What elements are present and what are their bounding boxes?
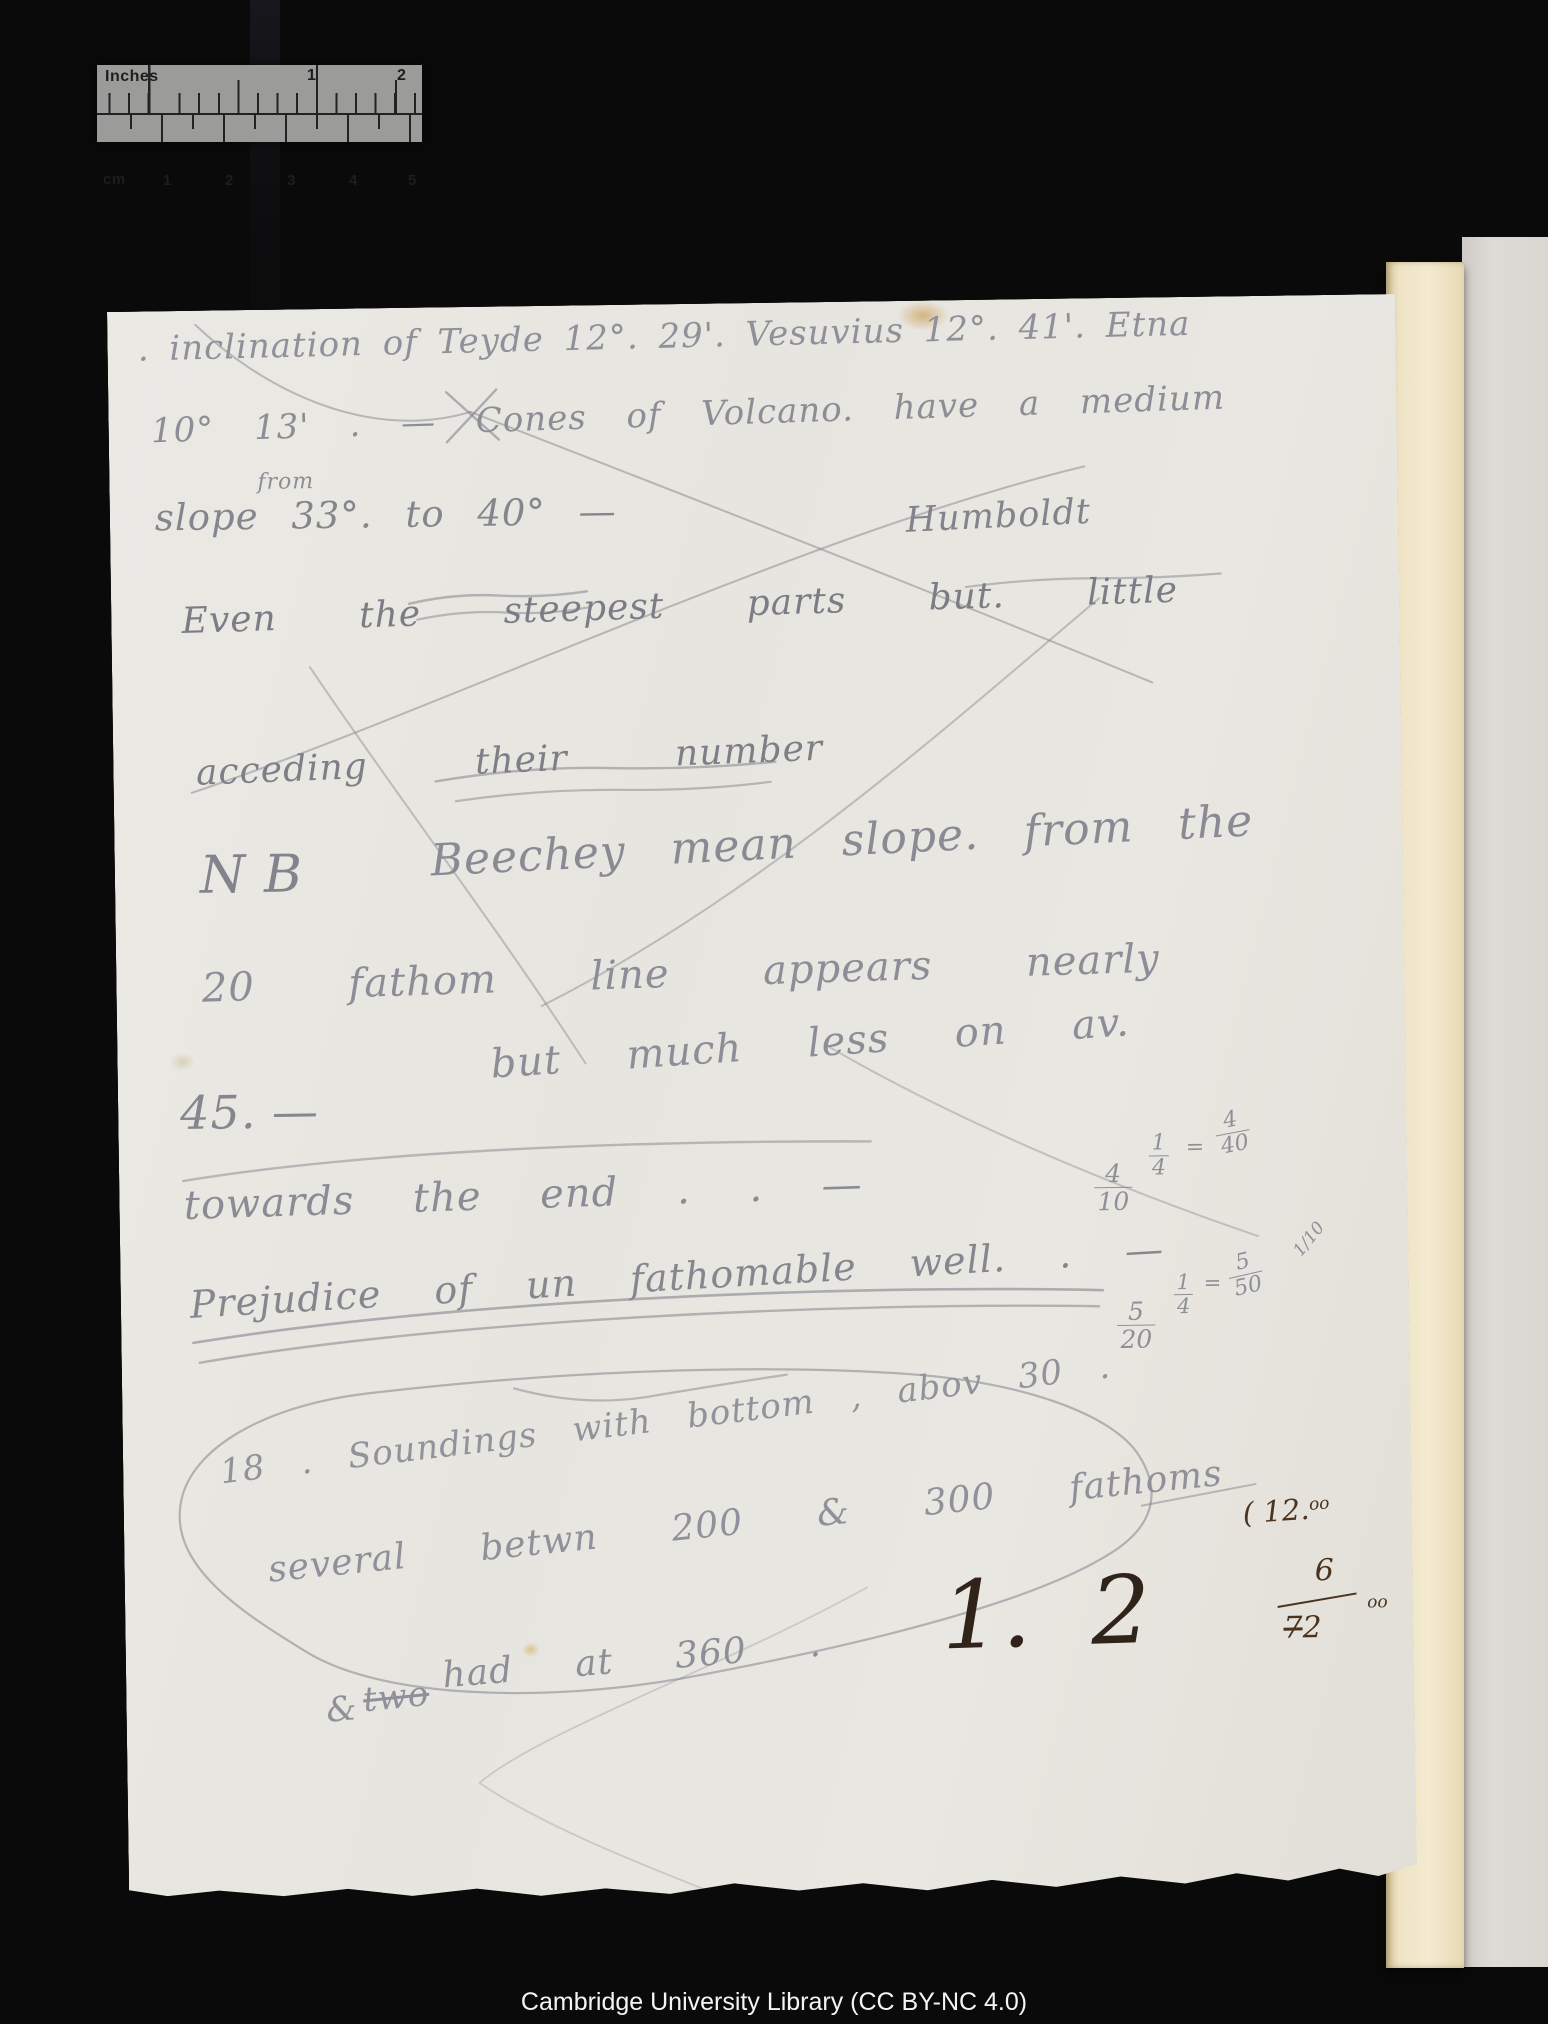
fraction: 410 [1094, 1160, 1133, 1216]
equals-sign: = [1203, 1271, 1221, 1295]
handwriting-line-much-less: but much less on av. [489, 999, 1131, 1087]
ink-amount-12: ( 12.oo [1242, 1490, 1331, 1530]
ruler-cm-number-2: 2 [225, 172, 233, 189]
handwriting-struck-two: two [361, 1674, 431, 1720]
facing-page [1462, 237, 1548, 1967]
equals-sign: = [1186, 1135, 1205, 1160]
ink-figures-1-2: 1. 2 [940, 1556, 1153, 1672]
handwriting-line-steepest: Even the steepest parts but. little [181, 570, 1178, 642]
handwriting-line-slope: slope 33°. to 40° — [155, 490, 617, 539]
ruler: Inches 1 2 cm 1 2 3 4 5 [97, 65, 422, 142]
ruler-cm-label: cm [103, 171, 126, 188]
handwriting-line-cones: 10° 13' . — Cones of Volcano. have a med… [150, 378, 1225, 452]
paper-stain [169, 1053, 195, 1071]
ink-fraction-denominator: 72 [1283, 1610, 1322, 1646]
library-credit-caption: Cambridge University Library (CC BY-NC 4… [0, 1988, 1548, 2017]
ink-fraction-numerator: 6 [1314, 1553, 1334, 1588]
fraction: 520 [1117, 1297, 1156, 1353]
handwriting-45: 45. — [180, 1084, 320, 1140]
fraction: 550 [1224, 1247, 1268, 1302]
handwriting-had-at-360: had at 360 . [441, 1624, 823, 1697]
handwriting-line-fathom: 20 fathom line appears nearly [201, 936, 1160, 1012]
handwriting-line-prejudice: Prejudice of un fathomable well. . — [189, 1227, 1165, 1327]
handwriting-humboldt: Humboldt [905, 492, 1092, 541]
ruler-inch-number-2: 2 [397, 67, 406, 85]
handwriting-line-inclination: . inclination of Teyde 12°. 29'. Vesuviu… [137, 304, 1191, 370]
manuscript-page: . inclination of Teyde 12°. 29'. Vesuviu… [107, 294, 1417, 1908]
handwriting-nb: N B [199, 844, 303, 905]
handwriting-circled-soundings: 18 . Soundings with bottom , abov 30 . [218, 1346, 1113, 1492]
ruler-cm-ticks [97, 115, 422, 142]
handwriting-line-beechey: Beechey mean slope. from the [429, 795, 1254, 886]
handwriting-superscript-from: from [257, 469, 314, 495]
fraction: 14 [1173, 1271, 1193, 1318]
handwriting-line-number: acceding their number [195, 728, 824, 794]
ruler-cm-number-3: 3 [287, 172, 295, 189]
backdrop-shadow-streak [250, 0, 280, 312]
handwriting-line-towards-end: towards the end . . — [183, 1162, 863, 1229]
ruler-cm-row: cm 1 2 3 4 5 [97, 115, 422, 142]
ruler-inch-number-1: 1 [307, 67, 316, 85]
ink-fraction-superscript: oo [1367, 1592, 1388, 1612]
pencil-fraction-group-a: 410 14 = 440 [1093, 1108, 1295, 1241]
ruler-cm-number-1: 1 [163, 172, 171, 189]
pencil-fraction-group-b: 520 14 = 550 1/10 [1098, 1243, 1340, 1366]
handwriting-ampersand: & [324, 1688, 359, 1731]
fraction: 440 [1211, 1106, 1253, 1160]
ruler-cm-number-4: 4 [349, 172, 357, 189]
photograph-background: Inches 1 2 cm 1 2 3 4 5 [0, 0, 1548, 2024]
ruler-cm-number-5: 5 [408, 172, 416, 189]
ink-fraction-bar [1277, 1592, 1356, 1608]
ruler-inches-row: Inches 1 2 [97, 65, 422, 115]
fraction-side-note: 1/10 [1289, 1218, 1329, 1260]
fraction: 14 [1149, 1131, 1170, 1180]
ruler-inches-label: Inches [105, 68, 159, 86]
